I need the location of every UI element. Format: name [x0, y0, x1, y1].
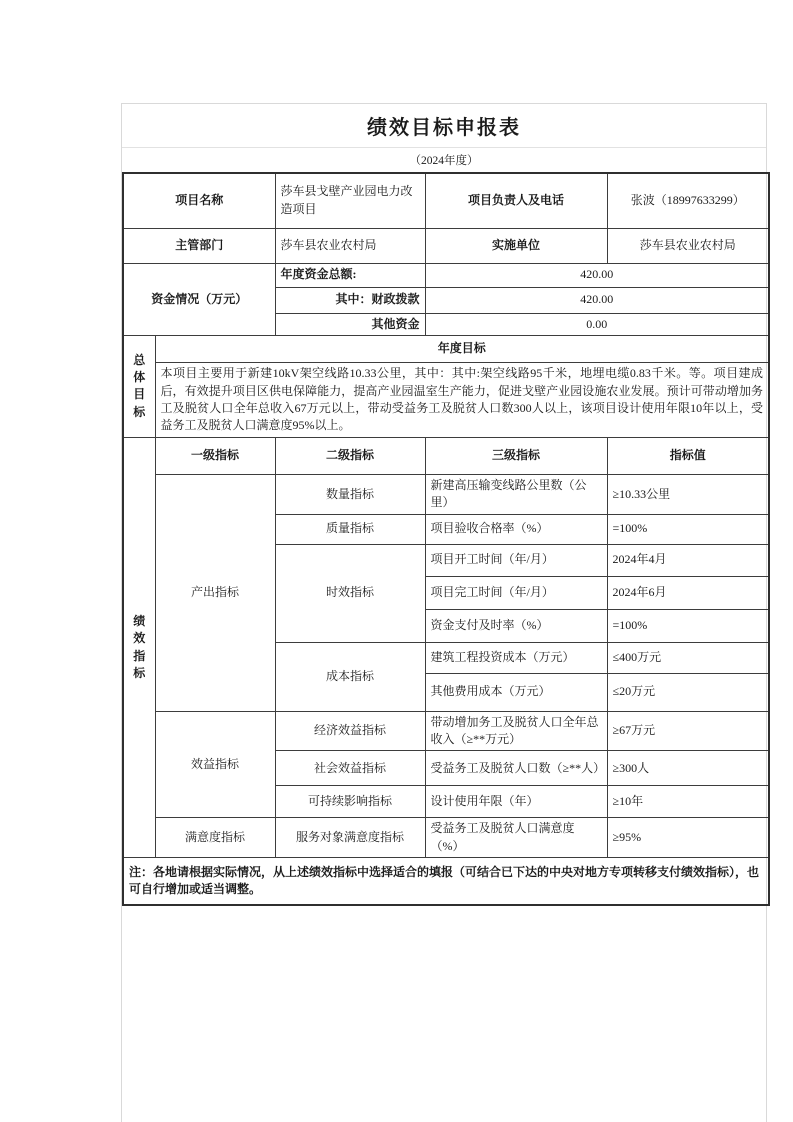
level3-cell: 项目开工时间（年/月）: [425, 544, 607, 576]
project-name-label: 项目名称: [123, 173, 275, 228]
indicator-row: 效益指标 经济效益指标 带动增加务工及脱贫人口全年总收入（≥**万元） ≥67万…: [123, 711, 769, 751]
level2-cell: 经济效益指标: [275, 711, 425, 751]
level1-benefit-cell: 效益指标: [155, 711, 275, 818]
level2-cell: 服务对象满意度指标: [275, 818, 425, 858]
indicator-row: 满意度指标 服务对象满意度指标 受益务工及脱贫人口满意度（%） ≥95%: [123, 818, 769, 858]
indicator-value-cell: =100%: [607, 514, 769, 544]
indicator-header-row: 绩效指标 一级指标 二级指标 三级指标 指标值: [123, 437, 769, 474]
annual-goal-header: 年度目标: [155, 335, 769, 362]
level2-cell: 社会效益指标: [275, 751, 425, 786]
department-row: 主管部门 莎车县农业农村局 实施单位 莎车县农业农村局: [123, 228, 769, 263]
overall-goal-label: 总体目标: [123, 335, 155, 437]
indicator-value-cell: ≥10年: [607, 786, 769, 818]
level3-cell: 项目验收合格率（%）: [425, 514, 607, 544]
level3-cell: 资金支付及时率（%）: [425, 609, 607, 642]
value-header: 指标值: [607, 437, 769, 474]
level3-header: 三级指标: [425, 437, 607, 474]
funding-total-label: 年度资金总额:: [275, 263, 425, 287]
page-title: 绩效目标申报表: [367, 111, 521, 140]
level2-cell: 数量指标: [275, 474, 425, 514]
level3-cell: 项目完工时间（年/月）: [425, 576, 607, 609]
indicator-value-cell: ≥95%: [607, 818, 769, 858]
level3-cell: 受益务工及脱贫人口数（≥**人）: [425, 751, 607, 786]
level1-header: 一级指标: [155, 437, 275, 474]
page-subtitle: （2024年度）: [410, 152, 479, 168]
level2-cell: 质量指标: [275, 514, 425, 544]
level3-cell: 设计使用年限（年）: [425, 786, 607, 818]
level3-cell: 带动增加务工及脱贫人口全年总收入（≥**万元）: [425, 711, 607, 751]
indicator-row: 产出指标 数量指标 新建高压输变线路公里数（公里） ≥10.33公里: [123, 474, 769, 514]
indicator-value-cell: 2024年6月: [607, 576, 769, 609]
level3-cell: 其他费用成本（万元）: [425, 673, 607, 711]
level2-cell: 成本指标: [275, 642, 425, 711]
funding-other-value: 0.00: [425, 313, 769, 335]
indicator-value-cell: 2024年4月: [607, 544, 769, 576]
level3-cell: 受益务工及脱贫人口满意度（%）: [425, 818, 607, 858]
project-manager-value: 张波（18997633299）: [607, 173, 769, 228]
level1-satisfaction-cell: 满意度指标: [155, 818, 275, 858]
indicator-value-cell: ≥300人: [607, 751, 769, 786]
overall-goal-text-row: 本项目主要用于新建10kV架空线路10.33公里，其中：其中:架空线路95千米，…: [123, 362, 769, 437]
level3-cell: 建筑工程投资成本（万元）: [425, 642, 607, 673]
indicator-value-cell: =100%: [607, 609, 769, 642]
subtitle-band: （2024年度）: [122, 148, 766, 172]
document-page: 绩效目标申报表 （2024年度） 项目名称 莎车县戈壁产业园电力改造项目 项目负…: [121, 103, 767, 1122]
funding-fiscal-label: 其中：财政拨款: [275, 287, 425, 313]
indicator-value-cell: ≥10.33公里: [607, 474, 769, 514]
annual-goal-header-row: 总体目标 年度目标: [123, 335, 769, 362]
indicator-value-cell: ≤400万元: [607, 642, 769, 673]
level2-cell: 可持续影响指标: [275, 786, 425, 818]
department-value: 莎车县农业农村局: [275, 228, 425, 263]
project-name-row: 项目名称 莎车县戈壁产业园电力改造项目 项目负责人及电话 张波（18997633…: [123, 173, 769, 228]
level1-output-cell: 产出指标: [155, 474, 275, 711]
note-text: 注：各地请根据实际情况，从上述绩效指标中选择适合的填报（可结合已下达的中央对地方…: [123, 858, 769, 905]
indicator-value-cell: ≥67万元: [607, 711, 769, 751]
funding-other-label: 其他资金: [275, 313, 425, 335]
department-label: 主管部门: [123, 228, 275, 263]
funding-fiscal-value: 420.00: [425, 287, 769, 313]
funding-total-row: 资金情况（万元） 年度资金总额: 420.00: [123, 263, 769, 287]
indicator-value-cell: ≤20万元: [607, 673, 769, 711]
performance-target-table: 项目名称 莎车县戈壁产业园电力改造项目 项目负责人及电话 张波（18997633…: [122, 172, 770, 906]
note-row: 注：各地请根据实际情况，从上述绩效指标中选择适合的填报（可结合已下达的中央对地方…: [123, 858, 769, 905]
project-manager-label: 项目负责人及电话: [425, 173, 607, 228]
implement-unit-value: 莎车县农业农村局: [607, 228, 769, 263]
level3-cell: 新建高压输变线路公里数（公里）: [425, 474, 607, 514]
project-name-value: 莎车县戈壁产业园电力改造项目: [275, 173, 425, 228]
level2-header: 二级指标: [275, 437, 425, 474]
funding-total-value: 420.00: [425, 263, 769, 287]
funding-label: 资金情况（万元）: [123, 263, 275, 335]
implement-unit-label: 实施单位: [425, 228, 607, 263]
performance-indicator-label: 绩效指标: [123, 437, 155, 857]
overall-goal-text: 本项目主要用于新建10kV架空线路10.33公里，其中：其中:架空线路95千米，…: [155, 362, 769, 437]
title-band: 绩效目标申报表: [122, 104, 766, 148]
level2-cell: 时效指标: [275, 544, 425, 642]
